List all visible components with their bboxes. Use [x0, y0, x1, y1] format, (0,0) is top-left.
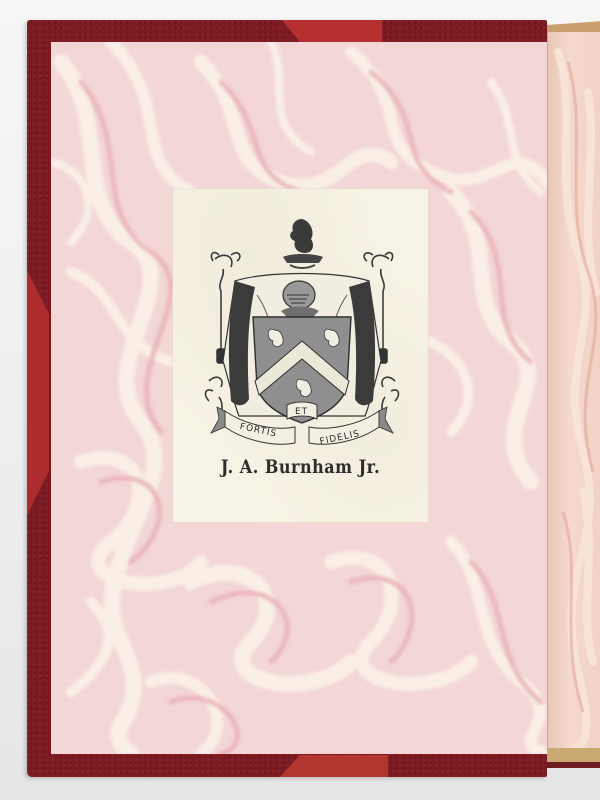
lion-head-crest-icon — [283, 219, 323, 268]
back-cover-edge — [547, 762, 600, 768]
owner-name: J. A. Burnham Jr. — [173, 456, 428, 478]
facing-page-bottom-edge — [547, 748, 600, 762]
bookplate: FORTIS ET FIDELIS J. A. Burnham Jr. — [173, 189, 428, 522]
motto-center: ET — [295, 407, 308, 417]
cloth-reinforcement-top — [282, 20, 382, 42]
book: FORTIS ET FIDELIS J. A. Burnham Jr. — [27, 20, 600, 777]
coat-of-arms-icon: FORTIS ET FIDELIS — [195, 211, 409, 451]
facing-marble-pattern-icon — [548, 32, 600, 767]
facing-marbled-endpaper — [547, 32, 600, 767]
cloth-reinforcement-bottom — [280, 755, 388, 777]
cloth-reinforcement-left — [27, 270, 49, 515]
